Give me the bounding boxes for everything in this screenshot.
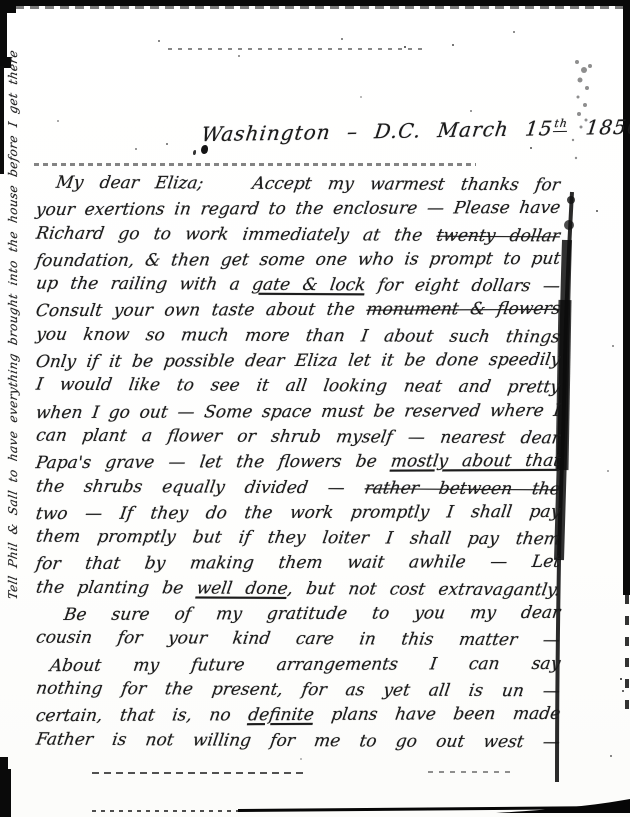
scan-border-top-dashes bbox=[0, 6, 630, 9]
handwritten-line: Father is not willing for me to go out w… bbox=[34, 727, 561, 755]
handwritten-text-segment: rather between the bbox=[363, 478, 561, 499]
dateline-ordinal-superscript: th bbox=[553, 117, 568, 132]
handwritten-line: up the railing with a gate & lock for ei… bbox=[34, 272, 561, 300]
handwritten-line: can plant a flower or shrub myself — nea… bbox=[34, 424, 561, 452]
handwritten-line: About my future arrangements I can say bbox=[34, 651, 562, 679]
handwritten-line: Consult your own taste about the monumen… bbox=[34, 297, 562, 325]
handwritten-text-segment: for that by making them wait awhile — Le… bbox=[35, 552, 562, 574]
dateline-year: 1850 bbox=[584, 115, 630, 140]
handwritten-text-segment: , but not cost extravagantly. bbox=[286, 579, 561, 600]
margin-note-vertical: Tell Phil & Sall to have everything brou… bbox=[6, 178, 20, 600]
handwritten-line: them promptly but if they loiter I shall… bbox=[34, 525, 561, 553]
handwritten-line: the shrubs equally divided — rather betw… bbox=[34, 474, 561, 502]
handwritten-text-segment: the shrubs equally divided — bbox=[35, 476, 366, 498]
scan-speckle-layer bbox=[0, 0, 2, 2]
scan-streak-top bbox=[168, 48, 426, 50]
handwritten-text-segment: Consult your own taste about the bbox=[35, 300, 368, 321]
handwritten-text-segment: My dear Eliza; Accept my warmest thanks … bbox=[55, 173, 562, 196]
handwritten-line: My dear Eliza; Accept my warmest thanks … bbox=[34, 171, 561, 199]
handwritten-line: certain, that is, no definite plans have… bbox=[34, 702, 562, 730]
handwritten-line: for that by making them wait awhile — Le… bbox=[34, 550, 562, 578]
handwritten-text-segment: Papa's grave — let the flowers be bbox=[35, 452, 393, 474]
handwritten-text-segment: up the railing with a bbox=[35, 274, 254, 295]
handwritten-line: the planting be well done, but not cost … bbox=[34, 575, 561, 603]
scanned-letter-page: Washington – D.C. March 15th 1850 Tell P… bbox=[0, 0, 630, 817]
handwritten-line: Papa's grave — let the flowers be mostly… bbox=[34, 449, 562, 477]
handwritten-text-segment: you know so much more than I about such … bbox=[35, 324, 562, 347]
scan-border-right bbox=[623, 0, 630, 595]
handwritten-line: Be sure of my gratitude to you my dear bbox=[34, 601, 562, 629]
handwritten-text-segment: Richard go to work immediately at the bbox=[35, 223, 438, 245]
handwritten-text-segment: definite bbox=[247, 705, 315, 725]
handwritten-text-segment: Be sure of my gratitude to you my dear bbox=[63, 603, 562, 625]
letter-body: My dear Eliza; Accept my warmest thanks … bbox=[36, 172, 560, 754]
handwritten-line: Only if it be possible dear Eliza let it… bbox=[34, 348, 562, 376]
handwritten-text-segment: when I go out — Some space must be reser… bbox=[35, 401, 562, 423]
handwritten-line: nothing for the present, for as yet all … bbox=[34, 677, 561, 705]
handwritten-text-segment: two — If they do the work promptly I sha… bbox=[35, 502, 562, 524]
handwritten-text-segment: gate & lock bbox=[251, 275, 367, 296]
handwritten-text-segment: Only if it be possible dear Eliza let it… bbox=[35, 350, 562, 372]
handwritten-text-segment: foundation, & then get some one who is p… bbox=[35, 249, 562, 271]
handwritten-text-segment: mostly about that bbox=[390, 451, 562, 472]
scan-dashed-line-right bbox=[428, 771, 514, 773]
scan-dashed-line-left bbox=[92, 772, 308, 774]
handwritten-text-segment: monument & flowers bbox=[365, 299, 562, 320]
scan-bottom-dotted-line bbox=[92, 810, 242, 812]
handwritten-text-segment: twenty dollar bbox=[435, 225, 561, 246]
handwritten-text-segment: Father is not willing for me to go out w… bbox=[35, 729, 562, 752]
handwritten-line: two — If they do the work promptly I sha… bbox=[34, 500, 562, 528]
handwritten-text-segment: can plant a flower or shrub myself — nea… bbox=[35, 426, 562, 449]
handwritten-text-segment: plans have been made bbox=[312, 704, 561, 725]
handwritten-line: when I go out — Some space must be reser… bbox=[34, 399, 562, 427]
handwritten-text-segment: I would like to see it all looking neat … bbox=[35, 375, 562, 398]
scan-border-left-thin bbox=[0, 66, 4, 174]
handwritten-line: I would like to see it all looking neat … bbox=[34, 373, 561, 401]
handwritten-line: Richard go to work immediately at the tw… bbox=[34, 221, 561, 249]
handwritten-text-segment: for eight dollars — bbox=[364, 276, 561, 297]
handwritten-text-segment: the planting be bbox=[35, 577, 198, 598]
handwritten-text-segment: nothing for the present, for as yet all … bbox=[35, 679, 562, 702]
scan-border-right-dashes bbox=[625, 595, 629, 710]
handwritten-text-segment: About my future arrangements I can say bbox=[49, 653, 562, 675]
handwritten-line: your exertions in regard to the enclosur… bbox=[34, 196, 562, 224]
handwritten-text-segment: them promptly but if they loiter I shall… bbox=[35, 527, 562, 550]
handwritten-line: you know so much more than I about such … bbox=[34, 322, 561, 350]
scan-border-bottom-left-block bbox=[0, 769, 11, 817]
handwritten-line: foundation, & then get some one who is p… bbox=[34, 247, 562, 275]
handwritten-text-segment: certain, that is, no bbox=[35, 705, 250, 726]
handwritten-line: cousin for your kind care in this matter… bbox=[34, 626, 561, 654]
scan-streak-under-dateline bbox=[34, 163, 476, 166]
handwritten-text-segment: well done bbox=[195, 578, 289, 598]
handwritten-text-segment: cousin for your kind care in this matter… bbox=[35, 628, 562, 651]
handwritten-text-segment: your exertions in regard to the enclosur… bbox=[35, 198, 562, 220]
